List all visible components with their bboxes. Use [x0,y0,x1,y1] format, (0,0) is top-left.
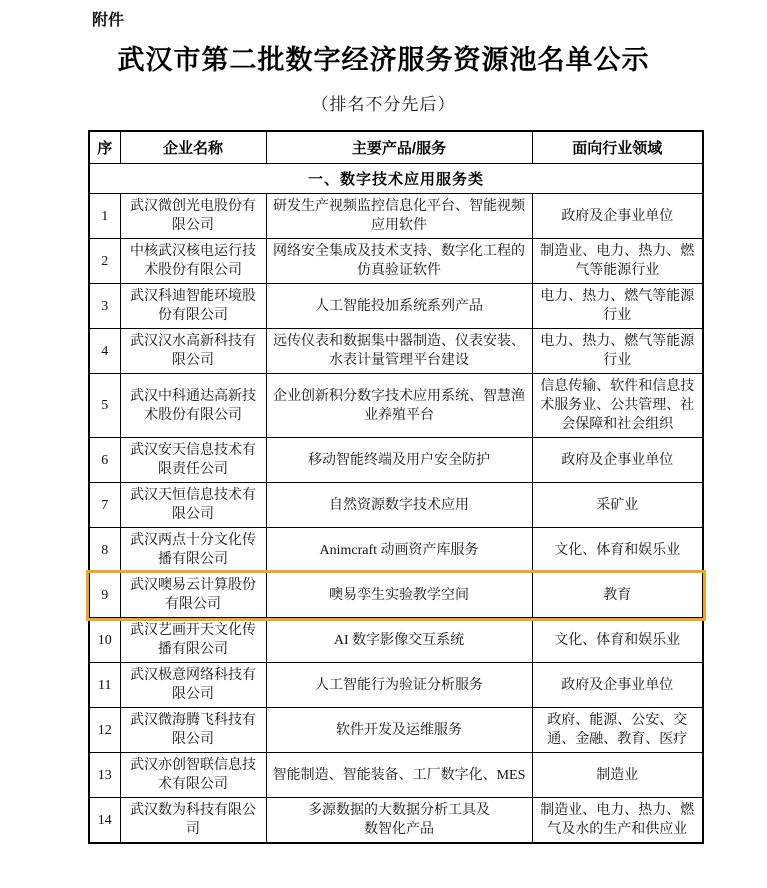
cell-company: 武汉微海腾飞科技有限公司 [120,708,266,753]
table-row: 8 武汉两点十分文化传播有限公司 Animcraft 动画资产库服务 文化、体育… [89,528,703,573]
cell-company: 武汉安天信息技术有限责任公司 [120,438,266,483]
cell-industry: 制造业、电力、热力、燃气及水的生产和供应业 [532,798,703,844]
cell-company: 武汉汉水高新科技有限公司 [120,329,266,374]
cell-product: Animcraft 动画资产库服务 [266,528,532,573]
page-subtitle: （排名不分先后） [0,90,767,115]
cell-product: 人工智能投加系统系列产品 [266,284,532,329]
cell-industry: 政府及企事业单位 [532,194,703,239]
cell-seq: 13 [89,753,120,798]
cell-product: 远传仪表和数据集中器制造、仪表安装、水表计量管理平台建设 [266,329,532,374]
table-row: 1 武汉微创光电股份有限公司 研发生产视频监控信息化平台、智能视频应用软件 政府… [89,194,703,239]
cell-product: 软件开发及运维服务 [266,708,532,753]
cell-company: 武汉微创光电股份有限公司 [120,194,266,239]
table-header-row: 序 企业名称 主要产品/服务 面向行业领域 [89,131,703,164]
cell-company: 武汉极意网络科技有限公司 [120,663,266,708]
attachment-label: 附件 [92,7,124,30]
section-header-row: 一、数字技术应用服务类 [89,164,703,194]
cell-product: 研发生产视频监控信息化平台、智能视频应用软件 [266,194,532,239]
cell-industry: 文化、体育和娱乐业 [532,618,703,663]
cell-company: 武汉两点十分文化传播有限公司 [120,528,266,573]
cell-seq: 1 [89,194,120,239]
cell-company: 武汉天恒信息技术有限公司 [120,483,266,528]
cell-product: 移动智能终端及用户安全防护 [266,438,532,483]
cell-industry: 政府及企事业单位 [532,663,703,708]
cell-company: 武汉数为科技有限公司 [120,798,266,844]
table-row: 5 武汉中科通达高新技术股份有限公司 企业创新积分数字技术应用系统、智慧渔业养殖… [89,374,703,438]
table-row: 4 武汉汉水高新科技有限公司 远传仪表和数据集中器制造、仪表安装、水表计量管理平… [89,329,703,374]
cell-industry: 教育 [532,573,703,618]
cell-company: 武汉噢易云计算股份有限公司 [120,573,266,618]
cell-product: 噢易孪生实验教学空间 [266,573,532,618]
cell-product: 多源数据的大数据分析工具及 数智化产品 [266,798,532,844]
col-header-company: 企业名称 [120,131,266,164]
table-row: 2 中核武汉核电运行技术股份有限公司 网络安全集成及技术支持、数字化工程的仿真验… [89,239,703,284]
table-row: 9 武汉噢易云计算股份有限公司 噢易孪生实验教学空间 教育 [89,573,703,618]
cell-product: 自然资源数字技术应用 [266,483,532,528]
cell-industry: 电力、热力、燃气等能源行业 [532,329,703,374]
cell-seq: 3 [89,284,120,329]
cell-industry: 政府、能源、公安、交通、金融、教育、医疗 [532,708,703,753]
table-row: 7 武汉天恒信息技术有限公司 自然资源数字技术应用 采矿业 [89,483,703,528]
cell-seq: 9 [89,573,120,618]
cell-product: AI 数字影像交互系统 [266,618,532,663]
cell-product: 人工智能行为验证分析服务 [266,663,532,708]
cell-industry: 电力、热力、燃气等能源行业 [532,284,703,329]
cell-seq: 11 [89,663,120,708]
section-header: 一、数字技术应用服务类 [89,164,703,194]
cell-industry: 制造业 [532,753,703,798]
cell-industry: 政府及企事业单位 [532,438,703,483]
table-row: 14 武汉数为科技有限公司 多源数据的大数据分析工具及 数智化产品 制造业、电力… [89,798,703,844]
cell-company: 武汉科迪智能环境股份有限公司 [120,284,266,329]
cell-company: 武汉中科通达高新技术股份有限公司 [120,374,266,438]
cell-industry: 信息传输、软件和信息技术服务业、公共管理、社会保障和社会组织 [532,374,703,438]
companies-table: 序 企业名称 主要产品/服务 面向行业领域 一、数字技术应用服务类 1 武汉微创… [88,130,704,844]
cell-industry: 制造业、电力、热力、燃气等能源行业 [532,239,703,284]
cell-seq: 8 [89,528,120,573]
col-header-industry: 面向行业领域 [532,131,703,164]
cell-seq: 14 [89,798,120,844]
cell-company: 中核武汉核电运行技术股份有限公司 [120,239,266,284]
page: 附件 武汉市第二批数字经济服务资源池名单公示 （排名不分先后） 序 企业名称 主… [0,0,767,888]
cell-seq: 12 [89,708,120,753]
table-row: 10 武汉艺画开天文化传播有限公司 AI 数字影像交互系统 文化、体育和娱乐业 [89,618,703,663]
cell-product: 企业创新积分数字技术应用系统、智慧渔业养殖平台 [266,374,532,438]
cell-seq: 7 [89,483,120,528]
cell-seq: 10 [89,618,120,663]
table-row: 12 武汉微海腾飞科技有限公司 软件开发及运维服务 政府、能源、公安、交通、金融… [89,708,703,753]
col-header-product: 主要产品/服务 [266,131,532,164]
table-row: 3 武汉科迪智能环境股份有限公司 人工智能投加系统系列产品 电力、热力、燃气等能… [89,284,703,329]
table-body: 1 武汉微创光电股份有限公司 研发生产视频监控信息化平台、智能视频应用软件 政府… [89,194,703,844]
cell-company: 武汉艺画开天文化传播有限公司 [120,618,266,663]
cell-industry: 采矿业 [532,483,703,528]
col-header-seq: 序 [89,131,120,164]
cell-product: 智能制造、智能装备、工厂数字化、MES [266,753,532,798]
cell-seq: 5 [89,374,120,438]
table-row: 11 武汉极意网络科技有限公司 人工智能行为验证分析服务 政府及企事业单位 [89,663,703,708]
cell-seq: 6 [89,438,120,483]
cell-product: 网络安全集成及技术支持、数字化工程的仿真验证软件 [266,239,532,284]
cell-company: 武汉亦创智联信息技术有限公司 [120,753,266,798]
table-row: 13 武汉亦创智联信息技术有限公司 智能制造、智能装备、工厂数字化、MES 制造… [89,753,703,798]
cell-seq: 4 [89,329,120,374]
cell-seq: 2 [89,239,120,284]
cell-industry: 文化、体育和娱乐业 [532,528,703,573]
table-row: 6 武汉安天信息技术有限责任公司 移动智能终端及用户安全防护 政府及企事业单位 [89,438,703,483]
